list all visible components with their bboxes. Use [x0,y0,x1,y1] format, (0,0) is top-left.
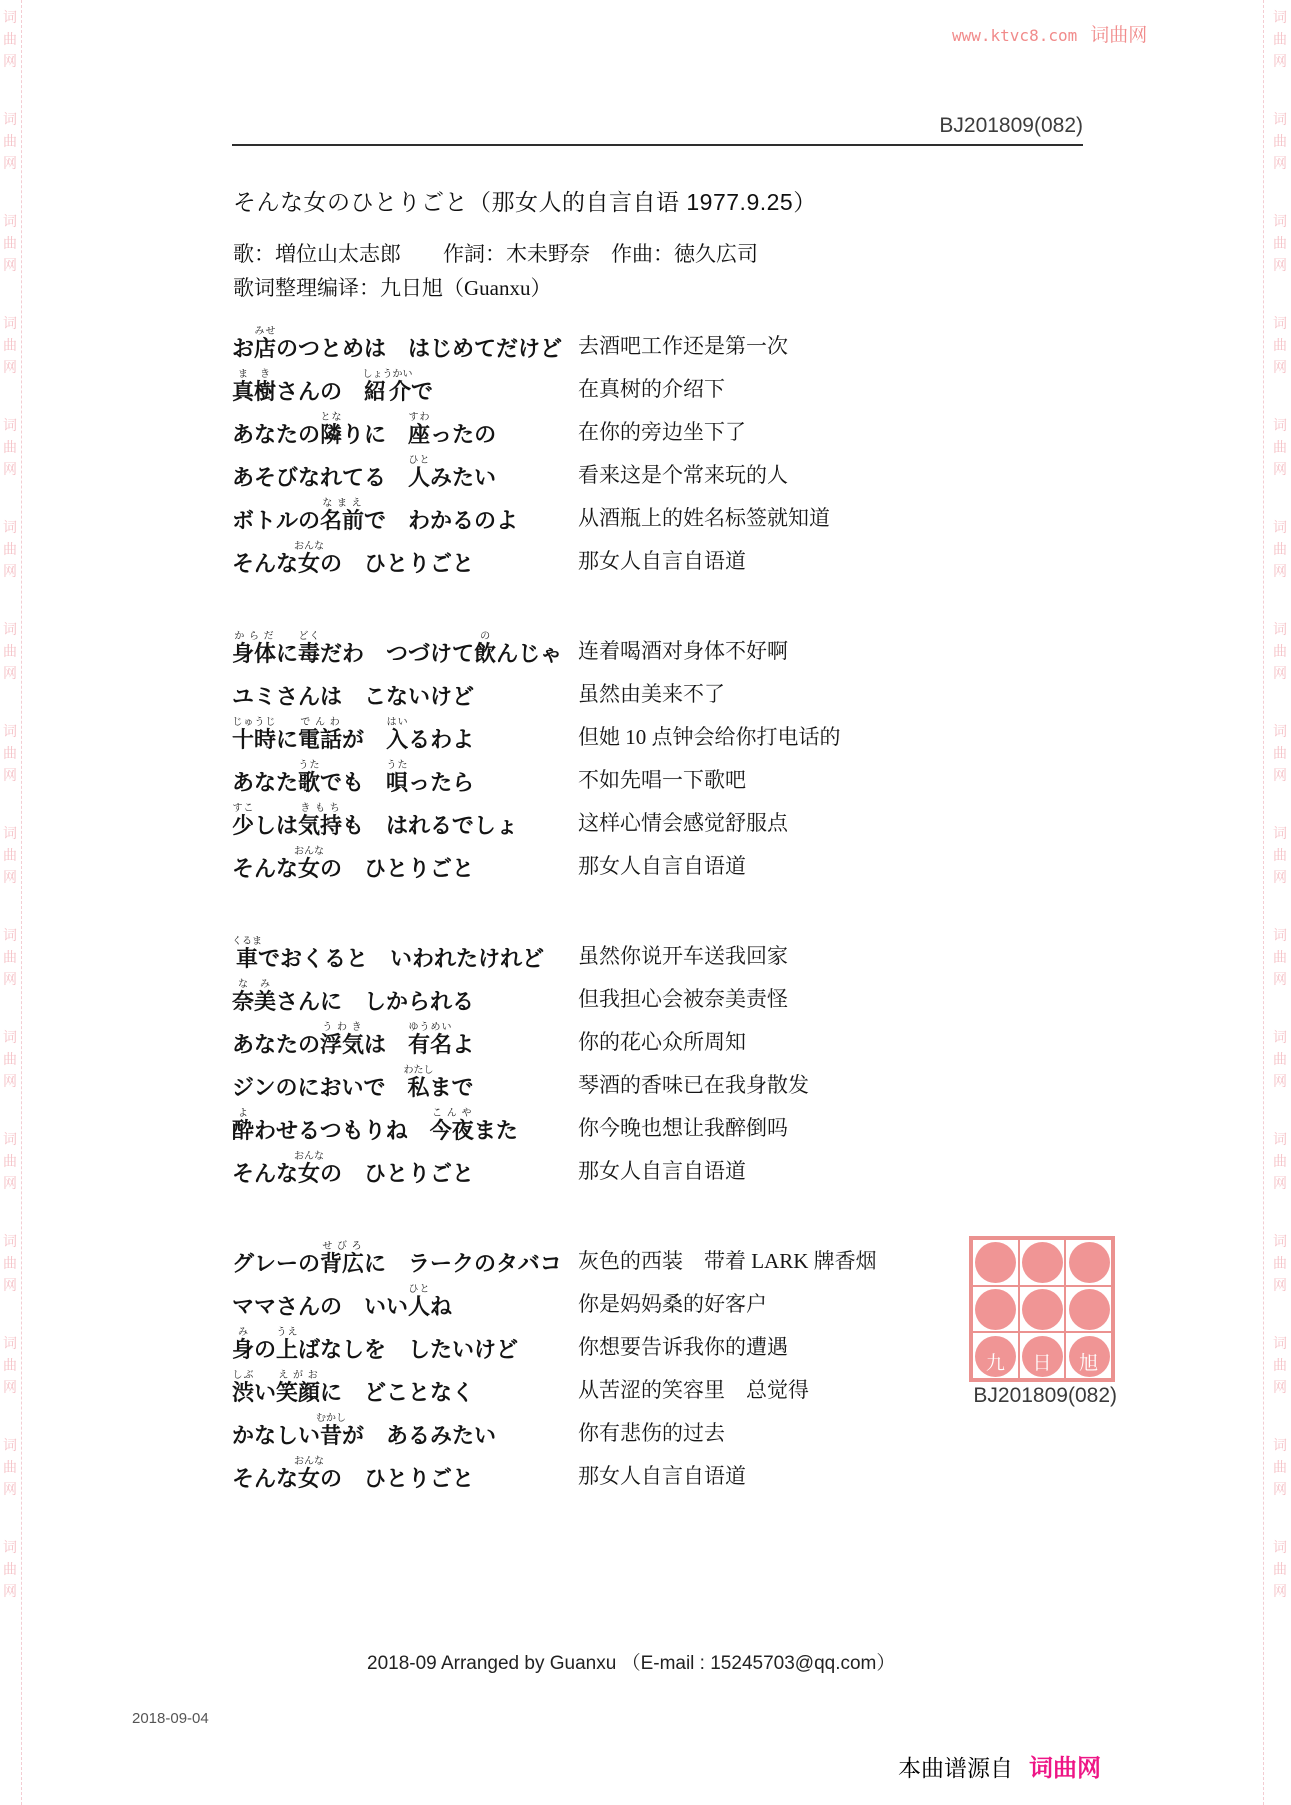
stamp-cell [972,1286,1019,1333]
lyric-sheet-page: 词曲网词曲网词曲网词曲网词曲网词曲网词曲网词曲网词曲网词曲网词曲网词曲网词曲网词… [0,0,1291,1805]
jp-line-text: ボトルの名前なまえで わかるのよ [232,498,518,535]
watermark-group: 词曲网 [3,828,17,886]
watermark-char: 网 [1273,464,1287,478]
cn-line-text: 看来这是个常来玩的人 [578,459,788,489]
source-note: 本曲谱源自词曲网 [898,1748,1101,1783]
watermark-char: 网 [3,362,17,376]
source-prefix: 本曲谱源自 [898,1755,1013,1781]
watermark-char: 词 [1273,1236,1287,1250]
watermark-char: 网 [3,1280,17,1294]
cn-line-text: 连着喝酒对身体不好啊 [578,635,788,665]
watermark-char: 词 [1273,318,1287,332]
watermark-char: 曲 [3,238,17,252]
watermark-group: 词曲网 [1273,930,1287,988]
watermark-group: 词曲网 [3,216,17,274]
watermark-char: 曲 [1273,1462,1287,1476]
watermark-char: 词 [3,420,17,434]
jp-line-text: グレーの背広せびろに ラークのタバコ [232,1241,562,1278]
watermark-char: 曲 [3,1258,17,1272]
jp-line-text: 車くるまでおくると いわれたけれど [232,936,544,973]
watermark-char: 词 [1273,1542,1287,1556]
document-code: BJ201809(082) [883,114,1083,138]
date-note: 2018-09-04 [132,1710,209,1727]
jp-line-text: あそびなれてる 人ひとみたい [232,455,496,492]
watermark-group: 词曲网 [3,726,17,784]
cn-line-text: 你是妈妈桑的好客户 [578,1288,767,1318]
watermark-char: 曲 [3,850,17,864]
cn-line-text: 琴酒的香味已在我身散发 [578,1069,809,1099]
watermark-char: 词 [3,318,17,332]
cn-line-text: 在你的旁边坐下了 [578,416,746,446]
credits-line-1: 歌：増位山太志郎 作詞：木未野奈 作曲：徳久広司 [233,238,758,268]
jp-line-text: かなしい昔むかしが あるみたい [232,1413,496,1450]
jp-line-text: 酔よわせるつもりね 今夜こんやまた [232,1108,518,1145]
watermark-char: 网 [3,1484,17,1498]
cn-line-text: 虽然你说开车送我回家 [578,940,788,970]
watermark-char: 网 [1273,260,1287,274]
jp-line-text: 少すこしは気持きもちも はれるでしょ [232,803,518,840]
jp-line-text: 奈美なみさんに しかられる [232,979,474,1016]
watermark-char: 词 [3,1542,17,1556]
watermark-char: 词 [3,216,17,230]
stamp-cell: 旭 [1065,1332,1112,1379]
watermark-group: 词曲网 [1273,12,1287,70]
cn-line-text: 这样心情会感觉舒服点 [578,807,788,837]
stamp-cell [1065,1286,1112,1333]
watermark-char: 词 [3,1440,17,1454]
watermark-char: 曲 [1273,34,1287,48]
watermark-char: 曲 [1273,1564,1287,1578]
jp-line-text: ママさんの いい人ひとね [232,1284,452,1321]
song-title: そんな女のひとりごと（那女人的自言自语 1977.9.25） [233,184,817,217]
watermark-char: 网 [1273,56,1287,70]
watermark-char: 词 [3,828,17,842]
credits-line-2: 歌词整理编译：九日旭（Guanxu） [233,272,552,302]
watermark-group: 词曲网 [3,1440,17,1498]
site-url[interactable]: www.ktvc8.com [952,26,1077,45]
watermark-char: 曲 [3,1054,17,1068]
cn-line-text: 那女人自言自语道 [578,1460,746,1490]
watermark-char: 词 [3,1236,17,1250]
watermark-char: 词 [1273,1032,1287,1046]
jp-line-text: 真樹まきさんの 紹介しょうかいで [232,369,433,406]
watermark-group: 词曲网 [1273,522,1287,580]
watermark-char: 网 [3,1382,17,1396]
cn-line-text: 那女人自言自语道 [578,1155,746,1185]
watermark-char: 曲 [1273,646,1287,660]
jp-line-text: そんな女おんなの ひとりごと [232,846,474,883]
stamp-cell [1065,1239,1112,1286]
watermark-char: 词 [1273,624,1287,638]
watermark-char: 网 [1273,1484,1287,1498]
watermark-group: 词曲网 [3,522,17,580]
watermark-char: 词 [1273,12,1287,26]
watermark-char: 词 [1273,114,1287,128]
watermark-char: 网 [1273,158,1287,172]
cn-line-text: 你有悲伤的过去 [578,1417,725,1447]
watermark-char: 曲 [1273,1360,1287,1374]
watermark-group: 词曲网 [1273,1440,1287,1498]
side-dashed-line-right [1263,0,1264,1805]
cn-line-text: 那女人自言自语道 [578,850,746,880]
watermark-group: 词曲网 [1273,1338,1287,1396]
watermark-char: 曲 [3,442,17,456]
stamp-code: BJ201809(082) [917,1384,1117,1408]
watermark-char: 曲 [1273,1258,1287,1272]
jp-line-text: ジンのにおいで 私わたしまで [232,1065,474,1102]
watermark-group: 词曲网 [3,930,17,988]
jp-line-text: 身体からだに毒どくだわ つづけて飲のんじゃ [232,631,562,668]
watermark-group: 词曲网 [3,420,17,478]
watermark-char: 曲 [1273,442,1287,456]
jp-line-text: そんな女おんなの ひとりごと [232,541,474,578]
watermark-group: 词曲网 [1273,318,1287,376]
stamp-cell [1019,1239,1066,1286]
jp-line-text: そんな女おんなの ひとりごと [232,1151,474,1188]
watermark-group: 词曲网 [1273,624,1287,682]
watermark-char: 网 [3,1076,17,1090]
watermark-char: 词 [1273,420,1287,434]
watermark-char: 网 [3,158,17,172]
source-site-name[interactable]: 词曲网 [1029,1755,1101,1782]
stamp-char: 九 [973,1348,1018,1375]
jp-line-text: あなたの浮気うわきは 有名ゆうめいよ [232,1022,474,1059]
cn-line-text: 你今晚也想让我醉倒吗 [578,1112,788,1142]
watermark-char: 词 [3,726,17,740]
watermark-char: 网 [1273,1076,1287,1090]
watermark-group: 词曲网 [1273,1542,1287,1600]
watermark-char: 词 [1273,1440,1287,1454]
watermark-char: 词 [3,930,17,944]
jp-line-text: 渋しぶい笑顔えがおに どことなく [232,1370,474,1407]
watermark-char: 网 [1273,1586,1287,1600]
watermark-char: 网 [1273,1280,1287,1294]
watermark-char: 词 [1273,522,1287,536]
watermark-char: 网 [1273,566,1287,580]
watermark-char: 词 [3,1134,17,1148]
watermark-char: 曲 [1273,238,1287,252]
cn-line-text: 你的花心众所周知 [578,1026,746,1056]
watermark-char: 网 [1273,1178,1287,1192]
watermark-char: 曲 [3,340,17,354]
watermark-char: 曲 [3,952,17,966]
cn-line-text: 虽然由美来不了 [578,678,725,708]
watermark-char: 曲 [1273,136,1287,150]
arranged-note: 2018-09 Arranged by Guanxu （E-mail : 152… [367,1648,895,1675]
watermark-group: 词曲网 [1273,114,1287,172]
watermark-char: 网 [3,566,17,580]
seal-stamp: 九日旭 [969,1236,1115,1382]
watermark-char: 网 [3,974,17,988]
cn-line-text: 去酒吧工作还是第一次 [578,330,788,360]
watermark-char: 曲 [3,1360,17,1374]
watermark-char: 曲 [3,136,17,150]
watermark-group: 词曲网 [3,1542,17,1600]
stamp-char: 日 [1020,1348,1065,1375]
watermark-char: 曲 [3,646,17,660]
watermark-group: 词曲网 [1273,828,1287,886]
cn-line-text: 不如先唱一下歌吧 [578,764,746,794]
watermark-char: 曲 [3,34,17,48]
watermark-char: 词 [1273,216,1287,230]
jp-line-text: お店みせのつとめは はじめてだけど [232,326,562,363]
watermark-char: 词 [1273,828,1287,842]
stamp-cell: 九 [972,1332,1019,1379]
stamp-char: 旭 [1066,1348,1111,1375]
watermark-group: 词曲网 [1273,726,1287,784]
jp-line-text: ユミさんは こないけど [232,680,474,711]
watermark-group: 词曲网 [3,624,17,682]
jp-line-text: 十時じゅうじに電話でんわが 入はいるわよ [232,717,474,754]
header-rule [232,144,1083,146]
watermark-char: 曲 [1273,952,1287,966]
cn-line-text: 但我担心会被奈美责怪 [578,983,788,1013]
watermark-group: 词曲网 [1273,420,1287,478]
watermark-group: 词曲网 [3,1338,17,1396]
cn-line-text: 在真树的介绍下 [578,373,725,403]
watermark-char: 网 [3,668,17,682]
watermark-char: 词 [3,522,17,536]
watermark-group: 词曲网 [3,1134,17,1192]
watermark-char: 曲 [1273,850,1287,864]
watermark-group: 词曲网 [3,114,17,172]
watermark-char: 网 [3,260,17,274]
watermark-char: 曲 [3,1462,17,1476]
cn-line-text: 那女人自言自语道 [578,545,746,575]
watermark-char: 词 [3,624,17,638]
watermark-char: 网 [1273,668,1287,682]
watermark-group: 词曲网 [3,1236,17,1294]
watermark-group: 词曲网 [3,1032,17,1090]
watermark-group: 词曲网 [3,12,17,70]
watermark-char: 曲 [1273,340,1287,354]
watermark-char: 曲 [1273,1054,1287,1068]
jp-line-text: あなたの隣となりに 座すわったの [232,412,496,449]
watermark-char: 网 [3,872,17,886]
watermark-char: 词 [3,12,17,26]
site-link[interactable]: www.ktvc8.com 词曲网 [952,20,1147,47]
site-name[interactable]: 词曲网 [1090,25,1147,46]
watermark-char: 词 [1273,1134,1287,1148]
watermark-char: 网 [3,56,17,70]
cn-line-text: 从酒瓶上的姓名标签就知道 [578,502,830,532]
watermark-char: 词 [1273,930,1287,944]
watermark-char: 曲 [1273,1156,1287,1170]
watermark-char: 曲 [3,748,17,762]
watermark-char: 网 [3,1178,17,1192]
watermark-char: 网 [1273,974,1287,988]
side-dashed-line-left [21,0,22,1805]
watermark-char: 词 [3,114,17,128]
jp-line-text: そんな女おんなの ひとりごと [232,1456,474,1493]
watermark-char: 词 [1273,726,1287,740]
watermark-char: 词 [3,1032,17,1046]
stamp-cell [972,1239,1019,1286]
watermark-char: 网 [3,1586,17,1600]
watermark-char: 词 [1273,1338,1287,1352]
watermark-group: 词曲网 [3,318,17,376]
stamp-cell: 日 [1019,1332,1066,1379]
side-watermark-right: 词曲网词曲网词曲网词曲网词曲网词曲网词曲网词曲网词曲网词曲网词曲网词曲网词曲网词… [1273,0,1287,1805]
watermark-char: 曲 [3,544,17,558]
watermark-char: 曲 [3,1156,17,1170]
watermark-char: 曲 [3,1564,17,1578]
cn-line-text: 你想要告诉我你的遭遇 [578,1331,788,1361]
side-watermark-left: 词曲网词曲网词曲网词曲网词曲网词曲网词曲网词曲网词曲网词曲网词曲网词曲网词曲网词… [3,0,17,1805]
jp-line-text: あなた歌うたでも 唄うたったら [232,760,474,797]
watermark-char: 曲 [1273,748,1287,762]
watermark-char: 曲 [1273,544,1287,558]
watermark-char: 词 [3,1338,17,1352]
watermark-char: 网 [3,770,17,784]
cn-line-text: 灰色的西装 带着 LARK 牌香烟 [578,1245,877,1275]
cn-line-text: 从苦涩的笑容里 总觉得 [578,1374,809,1404]
jp-line-text: 身みの上うえばなしを したいけど [232,1327,518,1364]
watermark-group: 词曲网 [1273,1134,1287,1192]
watermark-char: 网 [1273,1382,1287,1396]
watermark-group: 词曲网 [1273,216,1287,274]
watermark-char: 网 [1273,872,1287,886]
watermark-char: 网 [3,464,17,478]
stamp-cell [1019,1286,1066,1333]
watermark-group: 词曲网 [1273,1236,1287,1294]
watermark-char: 网 [1273,770,1287,784]
watermark-char: 网 [1273,362,1287,376]
cn-line-text: 但她 10 点钟会给你打电话的 [578,721,841,751]
watermark-group: 词曲网 [1273,1032,1287,1090]
